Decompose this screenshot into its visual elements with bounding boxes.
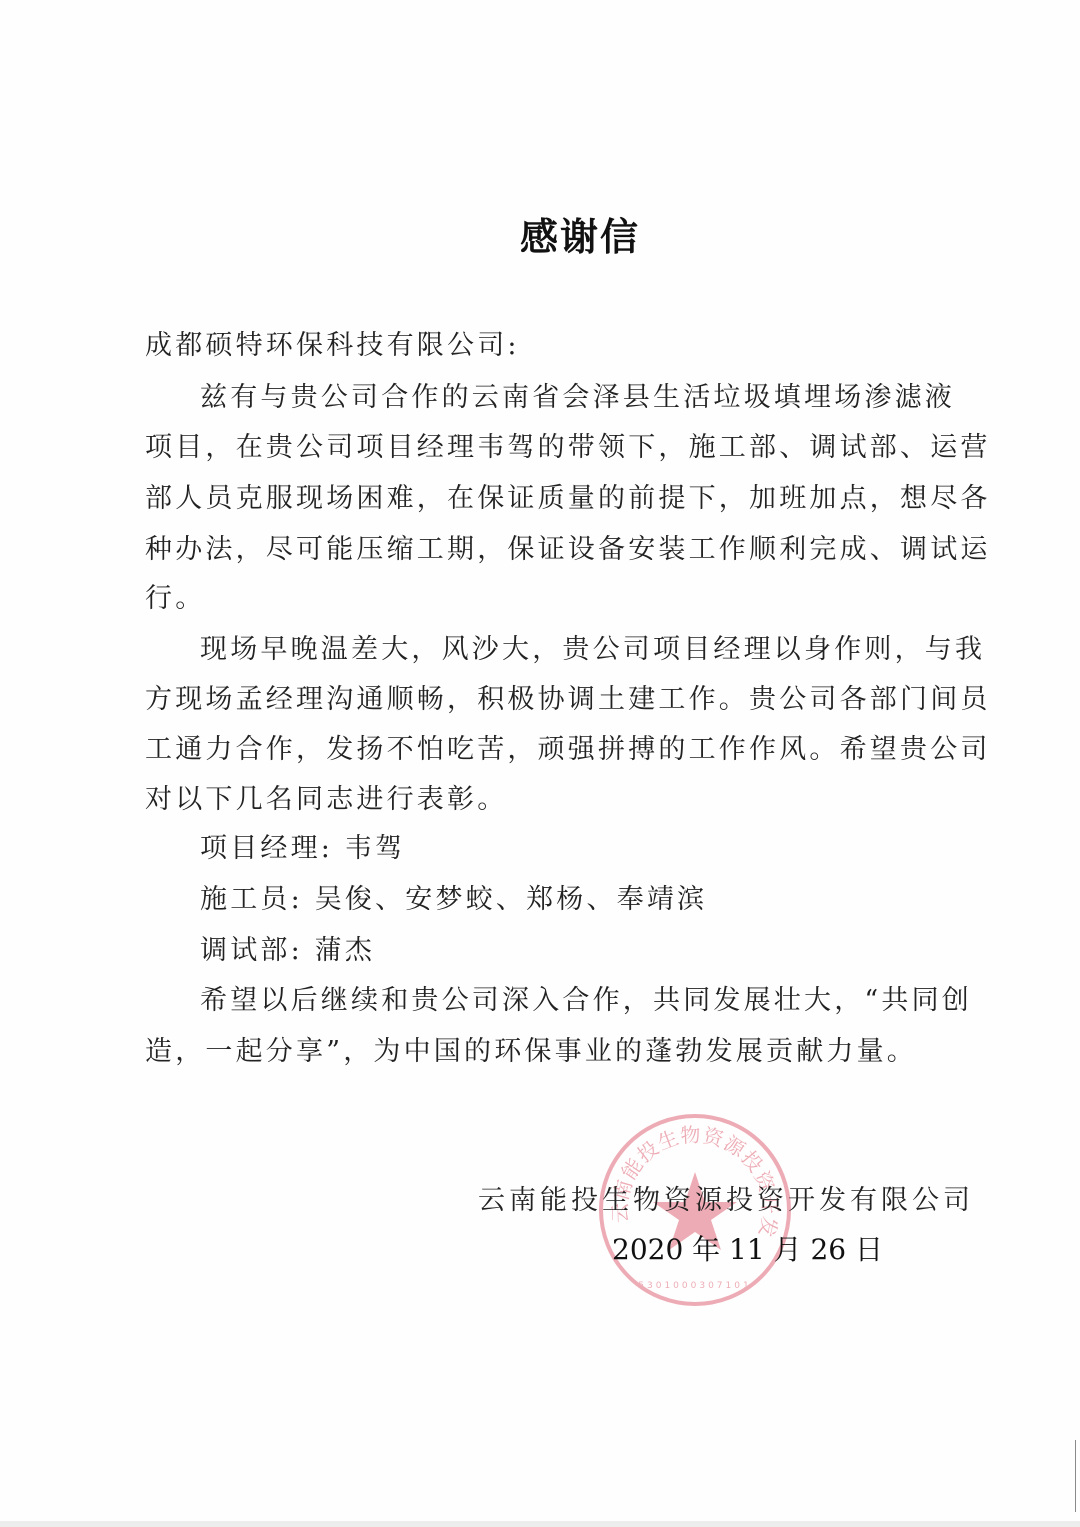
- paragraph1-line: 项目，在贵公司项目经理韦驾的带领下，施工部、调试部、运营: [145, 425, 991, 464]
- letter-date: 2020 年 11 月 26 日: [612, 1228, 883, 1268]
- paragraph2-line: 现场早晚温差大，风沙大，贵公司项目经理以身作则，与我: [200, 627, 985, 666]
- commendation-commissioning: 调试部: 蒲杰: [200, 928, 375, 967]
- commendation-names: 吴俊、安梦蛟、郑杨、奉靖滨: [315, 884, 708, 915]
- scan-edge-line: [1075, 1440, 1076, 1512]
- paragraph2-line: 工通力合作，发扬不怕吃苦，顽强拼搏的工作作风。希望贵公司: [145, 727, 991, 766]
- commendation-label: 调试部:: [200, 935, 303, 966]
- paragraph2-line: 方现场孟经理沟通顺畅，积极协调土建工作。贵公司各部门间员: [145, 677, 991, 716]
- commendation-label: 项目经理:: [200, 833, 333, 864]
- letter-title: 感谢信: [0, 206, 1080, 261]
- paragraph2-line: 对以下几名同志进行表彰。: [145, 777, 507, 816]
- commendation-project-manager: 项目经理: 韦驾: [200, 826, 405, 865]
- paragraph1-line: 部人员克服现场困难，在保证质量的前提下，加班加点，想尽各: [145, 476, 991, 515]
- paragraph1-line: 种办法，尽可能压缩工期，保证设备安装工作顺利完成、调试运: [145, 527, 991, 566]
- signature-company: 云南能投生物资源投资开发有限公司: [478, 1178, 974, 1217]
- paragraph1-line: 兹有与贵公司合作的云南省会泽县生活垃圾填埋场渗滤液: [200, 375, 955, 414]
- commendation-label: 施工员:: [200, 884, 303, 915]
- closing-line: 希望以后继续和贵公司深入合作，共同发展壮大，“共同创: [200, 978, 972, 1017]
- commendation-names: 韦驾: [345, 833, 405, 864]
- svg-text:5301000307101: 5301000307101: [638, 1281, 751, 1291]
- commendation-construction: 施工员: 吴俊、安梦蛟、郑杨、奉靖滨: [200, 877, 707, 916]
- closing-line: 造，一起分享”，为中国的环保事业的蓬勃发展贡献力量。: [145, 1029, 917, 1068]
- commendation-names: 蒲杰: [315, 935, 375, 966]
- salutation: 成都硕特环保科技有限公司:: [145, 323, 520, 362]
- page-bottom-edge: [0, 1521, 1080, 1527]
- paragraph1-line: 行。: [145, 576, 205, 615]
